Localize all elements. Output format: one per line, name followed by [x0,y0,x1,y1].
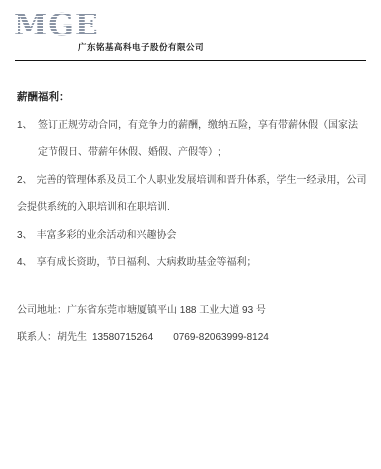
benefit-item-4: 4、享有成长资助，节日福利、大病救助基金等福利； [17,249,367,277]
company-name: 广东铭基高科电子股份有限公司 [78,41,204,53]
benefit-item-3: 3、丰富多彩的业余活动和兴趣协会 [17,222,367,250]
contact-line: 联系人：胡先生135807152640769-82063999-8124 [17,324,367,352]
item-text: 丰富多彩的业余活动和兴趣协会 [37,230,177,241]
item-number: 4、 [17,257,33,268]
contact-name: 联系人：胡先生 [17,332,87,343]
benefit-item-1: 1、签订正规劳动合同，有竞争力的薪酬，缴纳五险，享有带薪休假（国家法定节假日、带… [17,112,367,167]
document-page: MGE 广东铭基高科电子股份有限公司 薪酬福利： 1、签订正规劳动合同，有竞争力… [0,0,381,469]
logo-mge-text: MGE [14,11,99,41]
item-number: 2、 [17,175,33,186]
contact-extension: 0769-82063999-8124 [173,332,269,343]
company-address-line: 公司地址：广东省东莞市塘厦镇平山 188 工业大道 93 号 [17,297,367,325]
section-title: 薪酬福利： [17,84,367,112]
header-divider [15,60,366,61]
benefits-section: 薪酬福利： 1、签订正规劳动合同，有竞争力的薪酬，缴纳五险，享有带薪休假（国家法… [17,84,367,352]
item-number: 3、 [17,230,33,241]
contact-phone: 13580715264 [92,332,153,343]
company-logo: MGE [14,6,99,46]
item-number: 1、 [17,112,33,140]
benefit-item-2: 2、完善的管理体系及员工个人职业发展培训和晋升体系，学生一经录用，公司会提供系统… [17,167,367,222]
item-text: 签订正规劳动合同，有竞争力的薪酬，缴纳五险，享有带薪休假（国家法定节假日、带薪年… [38,120,358,159]
item-text: 完善的管理体系及员工个人职业发展培训和晋升体系，学生一经录用，公司会提供系统的入… [17,175,367,214]
item-text: 享有成长资助，节日福利、大病救助基金等福利； [37,257,257,268]
